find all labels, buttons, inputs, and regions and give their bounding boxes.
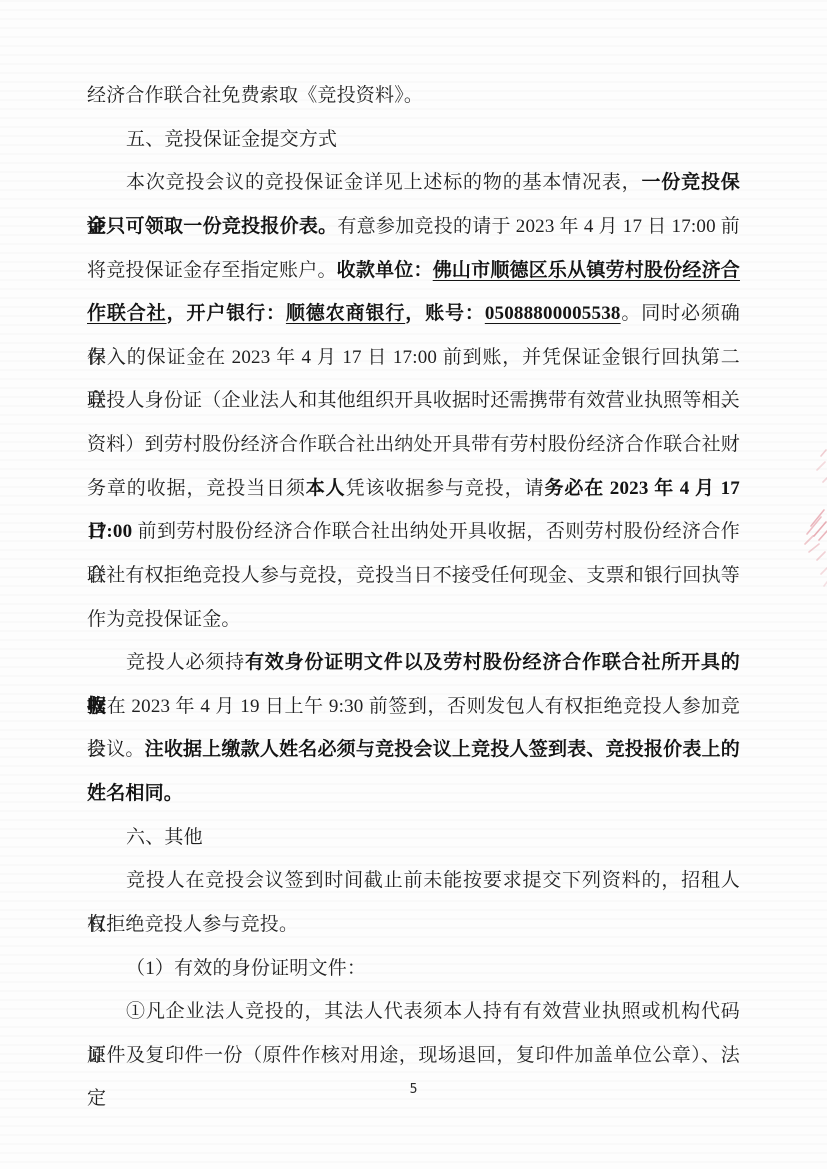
text-line: 会议。注收据上缴款人姓名必须与竞投会议上竞投人签到表、竞投报价表上的: [87, 728, 740, 772]
document-page: 经济合作联合社免费索取《竞投资料》。五、竞投保证金提交方式本次竞投会议的竞投保证…: [0, 0, 827, 1169]
text-run: 金只可领取一份竞投报价表。: [87, 216, 337, 237]
text-run: 会议。: [87, 739, 145, 760]
text-line: 原件及复印件一份（原件作核对用途，现场退回，复印件加盖单位公章）、法定: [87, 1034, 740, 1078]
text-run: 05088800005538: [485, 303, 621, 324]
text-line: 竞投人身份证（企业法人和其他组织开具收据时还需携带有效营业执照等相关: [87, 379, 740, 423]
text-run: 17:00: [87, 521, 132, 542]
red-seal-fragment: [797, 448, 827, 590]
text-run: 本次竞投会议的竞投保证金详见上述标的物的基本情况表，: [126, 172, 641, 193]
text-run: 竞投人身份证（企业法人和其他组织开具收据时还需携带有效营业执照等相关: [87, 390, 740, 411]
text-line: 金只可领取一份竞投报价表。有意参加竞投的请于 2023 年 4 月 17 日 1…: [87, 205, 740, 249]
text-block: 经济合作联合社免费索取《竞投资料》。五、竞投保证金提交方式本次竞投会议的竞投保证…: [87, 74, 740, 1077]
text-run: 姓名相同。: [87, 783, 183, 804]
text-run: 务章的收据，竞投当日须: [87, 478, 306, 499]
text-line: 合社有权拒绝竞投人参与竞投，竞投当日不接受任何现金、支票和银行回执等: [87, 554, 740, 598]
text-run: 将竞投保证金存至指定账户。: [87, 260, 337, 281]
text-line: 竞投人必须持有效身份证明文件以及劳村股份经济合作联合社所开具的收: [87, 641, 740, 685]
text-line: 五、竞投保证金提交方式: [87, 118, 740, 162]
text-run: 原件及复印件一份（原件作核对用途，现场退回，复印件加盖单位公章）、法定: [87, 1045, 740, 1110]
text-run: 注收据上缴款人姓名必须与竞投会议上竞投人签到表、竞投报价表上的: [145, 739, 740, 760]
text-line: 务章的收据，竞投当日须本人凭该收据参与竞投，请务必在 2023 年 4 月 17…: [87, 467, 740, 511]
text-line: ①凡企业法人竞投的，其法人代表须本人持有有效营业执照或机构代码证: [87, 990, 740, 1034]
text-line: 存入的保证金在 2023 年 4 月 17 日 17:00 前到账，并凭保证金银…: [87, 336, 740, 380]
text-run: 佛山市顺德区乐从镇劳村股份经济合: [433, 260, 740, 281]
text-run: 经济合作联合社免费索取《竞投资料》。: [87, 85, 423, 106]
text-line: 经济合作联合社免费索取《竞投资料》。: [87, 74, 740, 118]
text-run: 竞投人必须持: [126, 652, 245, 673]
text-line: 竞投人在竞投会议签到时间截止前未能按要求提交下列资料的，招租人有: [87, 859, 740, 903]
text-line: 本次竞投会议的竞投保证金详见上述标的物的基本情况表，一份竞投保证: [87, 161, 740, 205]
text-run: 六、其他: [126, 827, 203, 848]
text-run: 据: [87, 696, 107, 717]
text-line: 资料）到劳村股份经济合作联合社出纳处开具带有劳村股份经济合作联合社财: [87, 423, 740, 467]
text-run: 本人: [306, 478, 346, 499]
text-line: 姓名相同。: [87, 772, 740, 816]
text-run: （1）有效的身份证明文件：: [126, 958, 366, 979]
text-line: 17:00 前到劳村股份经济合作联合社出纳处开具收据，否则劳村股份经济合作联: [87, 510, 740, 554]
text-run: 作为竞投保证金。: [87, 609, 241, 630]
text-line: 六、其他: [87, 816, 740, 860]
text-line: 将竞投保证金存至指定账户。收款单位：佛山市顺德区乐从镇劳村股份经济合: [87, 249, 740, 293]
text-line: （1）有效的身份证明文件：: [87, 947, 740, 991]
text-run: 有意参加竞投的请于 2023 年 4 月 17 日 17:00 前: [337, 216, 740, 237]
text-run: ，账号：: [405, 303, 485, 324]
text-run: 合社有权拒绝竞投人参与竞投，竞投当日不接受任何现金、支票和银行回执等: [87, 565, 740, 586]
text-run: 顺德农商银行: [286, 303, 405, 324]
text-line: 据在 2023 年 4 月 19 日上午 9:30 前签到，否则发包人有权拒绝竞…: [87, 685, 740, 729]
text-line: 权拒绝竞投人参与竞投。: [87, 903, 740, 947]
text-run: 权拒绝竞投人参与竞投。: [87, 914, 298, 935]
text-run: ，开户银行：: [167, 303, 286, 324]
text-line: 作联合社，开户银行：顺德农商银行，账号：05088800005538。同时必须确…: [87, 292, 740, 336]
text-run: 收款单位：: [337, 260, 433, 281]
text-line: 作为竞投保证金。: [87, 598, 740, 642]
text-run: 作联合社: [87, 303, 167, 324]
text-run: 五、竞投保证金提交方式: [126, 129, 337, 150]
text-run: 凭该收据参与竞投，请: [346, 478, 545, 499]
text-run: 资料）到劳村股份经济合作联合社出纳处开具带有劳村股份经济合作联合社财: [87, 434, 740, 455]
page-number: 5: [0, 1082, 827, 1097]
